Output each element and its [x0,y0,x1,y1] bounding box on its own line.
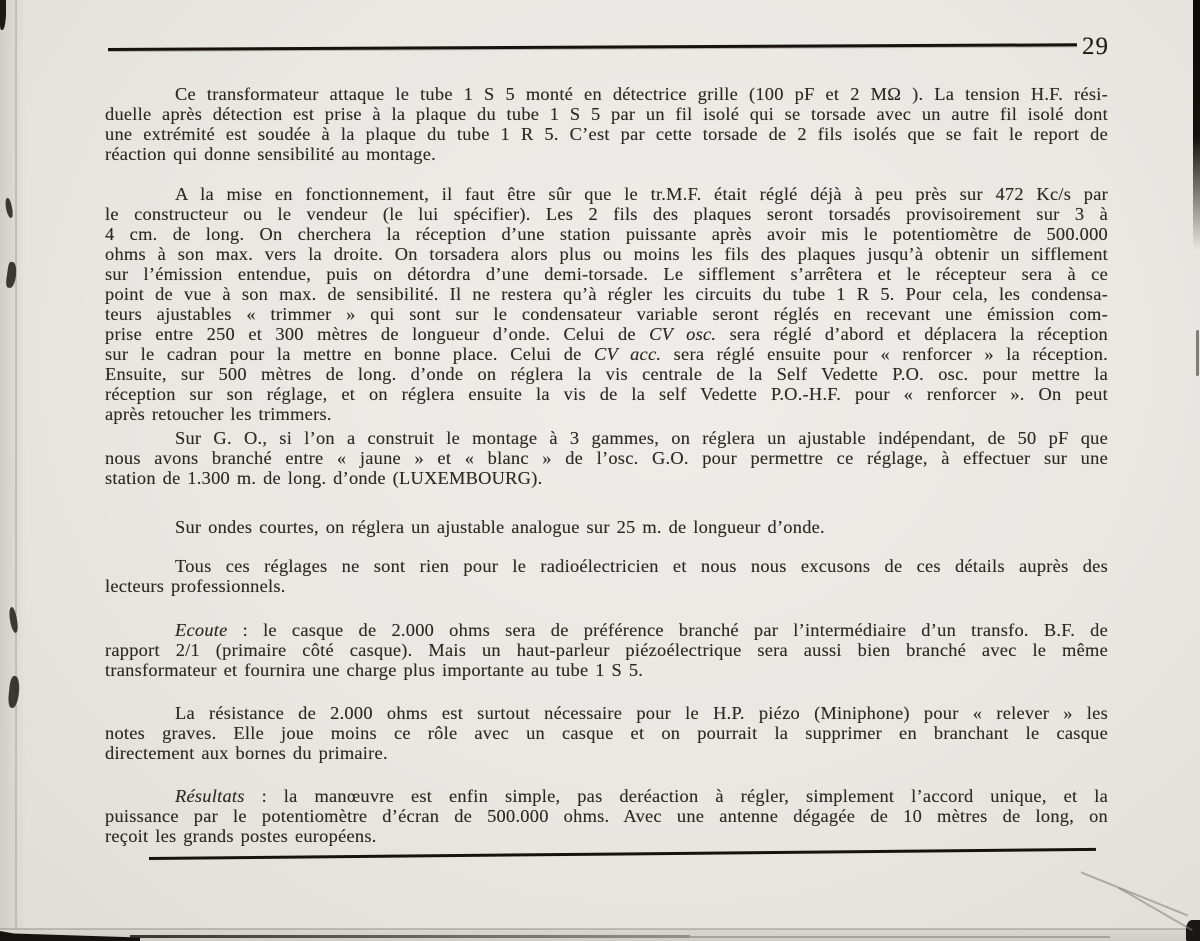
text-line: directement aux bornes du primaire. [105,743,1108,763]
header-rule [108,43,1077,51]
binding-crease [15,0,17,928]
text-line: Sur ondes courtes, on réglera un ajustab… [105,517,1108,537]
text-line: Ecoute : le casque de 2.000 ohms sera de… [105,620,1108,640]
text-line: sur le cadran pour la mettre en bonne pl… [105,344,1108,364]
scan-edge-right [1193,0,1200,250]
paragraph: Résultats : la manœuvre est enfin simple… [105,786,1108,846]
page-number: 29 [1082,33,1128,61]
scan-edge-right-dash [1196,330,1199,376]
paragraph: La résistance de 2.000 ohms est surtout … [105,703,1108,763]
paragraph: Ce transformateur attaque le tube 1 S 5 … [105,84,1108,164]
text-line: reçoit les grands postes européens. [105,826,1108,846]
paragraph: Tous ces réglages ne sont rien pour le r… [105,556,1108,596]
text-line: sur l’émission entendue, puis on détordr… [105,264,1108,284]
text-line: réception sur son réglage, et on réglera… [105,384,1108,404]
text-line: A la mise en fonctionnement, il faut êtr… [105,184,1108,204]
text-line: teurs ajustables « trimmer » qui sont su… [105,304,1108,324]
text-line: transformateur et fournira une charge pl… [105,660,1108,680]
text-line: La résistance de 2.000 ohms est surtout … [105,703,1108,723]
text-line: 4 cm. de long. On cherchera la réception… [105,224,1108,244]
text-line: Tous ces réglages ne sont rien pour le r… [105,556,1108,576]
text-line: le constructeur ou le vendeur (le lui sp… [105,204,1108,224]
paragraph: Sur G. O., si l’on a construit le montag… [105,428,1108,488]
footer-rule [149,848,1096,860]
text-line: duelle après détection est prise à la pl… [105,104,1108,124]
text-line: après retoucher les trimmers. [105,404,1108,424]
text-line: notes graves. Elle joue moins ce rôle av… [105,723,1108,743]
text-line: rapport 2/1 (primaire côté casque). Mais… [105,640,1108,660]
text-line: une extrémité est soudée à la plaque du … [105,124,1108,144]
paragraph: Sur ondes courtes, on réglera un ajustab… [105,517,1108,537]
paragraph: A la mise en fonctionnement, il faut êtr… [105,184,1108,424]
text-line: puissance par le potentiomètre d’écran d… [105,806,1108,826]
text-line: Ensuite, sur 500 mètres de long. d’onde … [105,364,1108,384]
text-line: réaction qui donne sensibilité au montag… [105,144,1108,164]
page-bottom-edge [0,928,1200,930]
text-line: Ce transformateur attaque le tube 1 S 5 … [105,84,1108,104]
text-line: nous avons branché entre « jaune » et « … [105,448,1108,468]
page-fold-line [1081,872,1188,917]
text-line: ohms à son max. vers la droite. On torsa… [105,244,1108,264]
text-line: Résultats : la manœuvre est enfin simple… [105,786,1108,806]
scanned-page: 29 Ce transformateur attaque le tube 1 S… [0,0,1200,941]
text-line: Sur G. O., si l’on a construit le montag… [105,428,1108,448]
text-line: point de vue à son max. de sensibilité. … [105,284,1108,304]
paragraph: Ecoute : le casque de 2.000 ohms sera de… [105,620,1108,680]
text-line: prise entre 250 et 300 mètres de longueu… [105,324,1108,344]
text-line: lecteurs professionnels. [105,576,1108,596]
page-fold-line [1118,887,1193,931]
bottom-ink-streak [690,936,1110,938]
scan-edge-left [0,0,26,941]
text-line: station de 1.300 m. de long. d’onde (LUX… [105,468,1108,488]
corner-ink-mark [1186,920,1200,941]
bottom-ink-streak [130,935,690,938]
